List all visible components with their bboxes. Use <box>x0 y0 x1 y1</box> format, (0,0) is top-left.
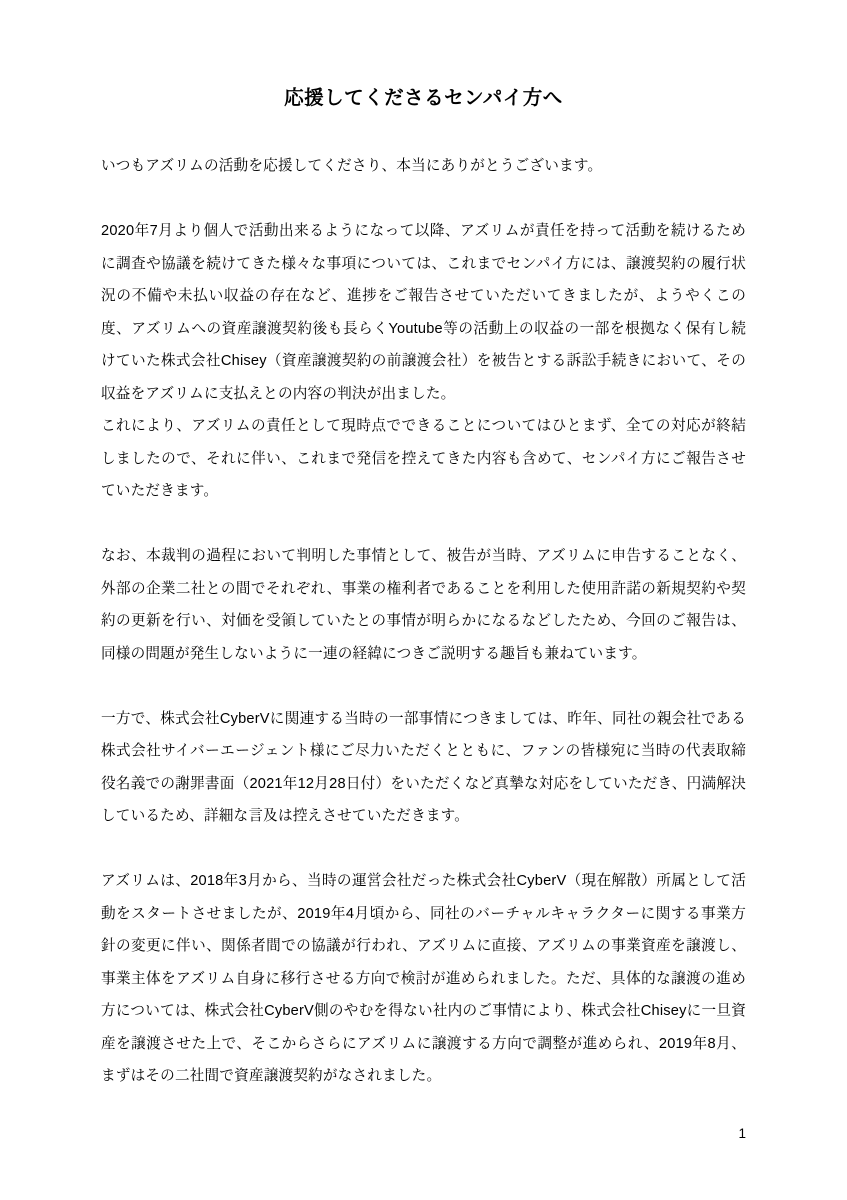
paragraph-greeting: いつもアズリムの活動を応援してくださり、本当にありがとうございます。 <box>101 150 746 183</box>
paragraph-trial-findings: なお、本裁判の過程において判明した事情として、被告が当時、アズリムに申告すること… <box>101 540 746 670</box>
paragraph-lawsuit-report: 2020年7月より個人で活動出来るようになって以降、アズリムが責任を持って活動を… <box>101 215 746 410</box>
paragraph-cyberv-settlement: 一方で、株式会社CyberVに関連する当時の一部事情につきましては、昨年、同社の… <box>101 703 746 833</box>
document-page: 応援してくださるセンパイ方へ いつもアズリムの活動を応援してくださり、本当にあり… <box>0 0 847 1200</box>
paragraph-conclusion-notice: これにより、アズリムの責任として現時点でできることについてはひとまず、全ての対応… <box>101 410 746 508</box>
page-number: 1 <box>738 1126 746 1142</box>
paragraph-history: アズリムは、2018年3月から、当時の運営会社だった株式会社CyberV（現在解… <box>101 865 746 1093</box>
page-title: 応援してくださるセンパイ方へ <box>101 86 746 110</box>
